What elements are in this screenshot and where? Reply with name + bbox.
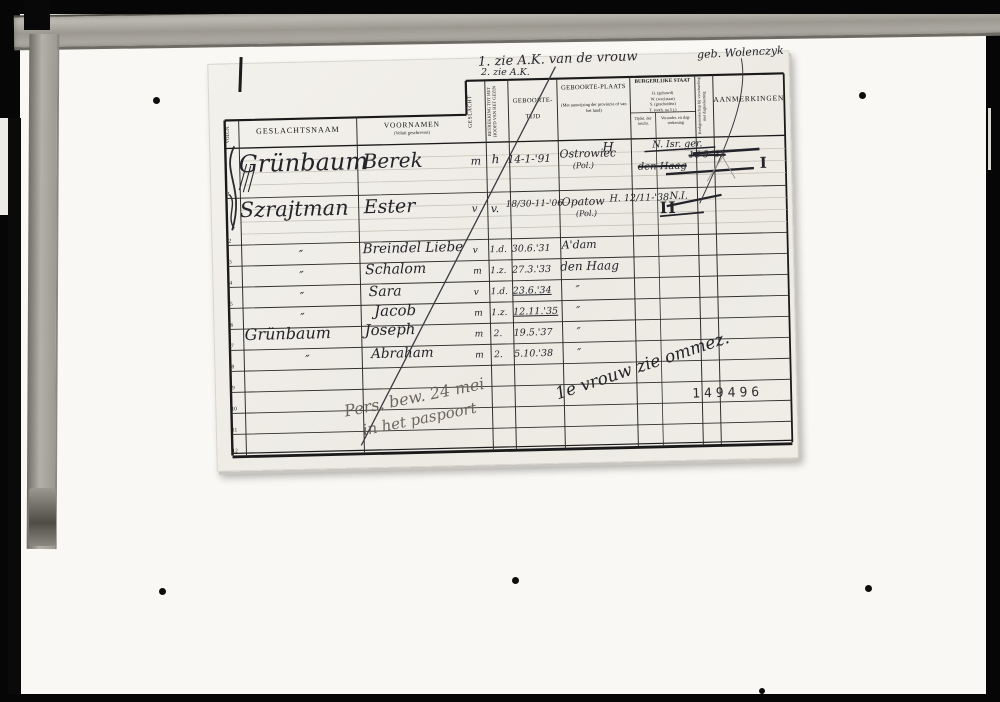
sex-row8: m (475, 351, 484, 360)
relation-row7: 2. (494, 330, 503, 339)
header-geslacht: GESLACHT (467, 82, 485, 140)
relation-row6: 1.z. (491, 309, 507, 318)
firstnames-row2: Ester (363, 197, 415, 217)
row-number-12: 12 (232, 448, 244, 454)
relation-row5: 1.d. (491, 288, 508, 297)
birthdate-row3: 30.6.'31 (512, 244, 551, 254)
top-annotation-line2: 2. zie A.K. (481, 67, 530, 78)
struck-den-haag-row1: den Haag (638, 162, 687, 173)
firstnames-row1: Berek (362, 150, 423, 171)
scanned-photo-background: 1. zie A.K. van de vrouw geb. Wolenczyk … (0, 0, 1000, 702)
surname-ditto-row6: ″ (300, 312, 305, 324)
frame-bar-smudge (29, 488, 56, 546)
film-blot-top-left (24, 0, 50, 30)
birthdate-row5: 23.6.'34 (513, 286, 552, 296)
registration-dot-right-bottom (865, 585, 872, 592)
header-volgn: VOLGN. (226, 121, 239, 147)
birthdate-row1: 14-1-'91 (508, 154, 552, 166)
birthplace-ditto-row5: ″ (576, 284, 580, 295)
sex-row2: v (472, 205, 478, 215)
civil-row1: H (602, 141, 614, 154)
sex-row6: m (474, 309, 483, 318)
registration-dot-left-bottom (159, 588, 166, 595)
row-number-8: 8 (231, 364, 243, 370)
row-number-4: 4 (229, 280, 241, 286)
row-number-9: 9 (232, 385, 244, 391)
firstnames-row5: Sara (369, 284, 402, 299)
birthplace-note-row2: (Pol.) (576, 210, 597, 218)
surname-ditto-row8: ″ (305, 354, 310, 366)
row-number-2: 2 (228, 238, 240, 244)
surname-row7: Grünbaum (244, 325, 331, 343)
header-geboortetijd: GEBOORTE-TIJD (509, 93, 557, 125)
remark-roman-row2: II (660, 200, 677, 216)
birthdate-row2: 18/30-11-'06 (506, 200, 564, 210)
row-number-7: 7 (231, 343, 243, 349)
registration-dot-right-top (859, 92, 866, 99)
header-betrekking: BETREKKING TOT HET HOOFD VAN HET GEZIN (486, 82, 508, 140)
firstnames-row4: Schalom (365, 262, 426, 277)
film-edge-left-strip (8, 118, 21, 694)
church-row1: N. Isr. ger. (652, 139, 702, 150)
film-streak-right (988, 108, 991, 170)
header-geboorteplaats: GEBOORTE-PLAATS (558, 83, 629, 93)
birthplace-row4: den Haag (560, 259, 619, 272)
row-number-10: 10 (231, 406, 243, 412)
birthplace-ditto-row8: ″ (577, 347, 581, 358)
sex-row3: v (473, 247, 478, 256)
birthdate-row7: 19.5.'37 (514, 328, 553, 338)
firstnames-row6: Jacob (374, 303, 416, 319)
stamp-number: 149496 (692, 385, 763, 402)
birthplace-ditto-row7: ″ (577, 326, 581, 337)
registration-dot-bottom-edge (759, 688, 765, 694)
registration-card: VOLGN. GESLACHTSNAAM VOORNAMEN (Voluit g… (207, 50, 798, 472)
film-edge-top (0, 0, 1000, 14)
row-number-3: 3 (229, 259, 241, 265)
remark-roman-row1: I (760, 156, 768, 171)
firstnames-row7: Joseph (364, 322, 415, 338)
birthplace-ditto-row6: ″ (576, 305, 580, 316)
frame-bar-left (27, 34, 60, 549)
surname-row1: Grünbaum (238, 149, 368, 176)
sex-row5: v (474, 289, 479, 298)
birthdate-row6: 12.11.'35 (513, 307, 558, 318)
sex-row4: m (473, 268, 482, 277)
film-margin-patch (0, 118, 8, 215)
row-number-11: 11 (232, 427, 244, 433)
firstnames-row8: Abraham (371, 347, 434, 362)
row-number-5: 5 (230, 301, 242, 307)
relation-row8: 2. (494, 351, 503, 360)
header-geboorteplaats-sub: (Met aanwijzing der provincie of van het… (560, 101, 627, 114)
header-burg-sub2: Verander. en dag-teekening (657, 114, 695, 125)
firstnames-row3: Breindel Liebe (363, 241, 464, 257)
row-number-6: 6 (230, 322, 242, 328)
relation-row1: h (491, 153, 499, 165)
header-aanmerkingen: AANMERKINGEN (713, 93, 784, 104)
relation-row2: v. (491, 203, 500, 214)
birthplace-row2: Opatow (561, 196, 604, 208)
sex-row7: m (475, 330, 484, 339)
relation-row4: 1.z. (490, 267, 506, 276)
header-burg-sub1: Tijdst. der inschr. (631, 115, 656, 126)
surname-ditto-row4: ″ (299, 270, 304, 282)
birthdate-row8: 5.10.'38 (514, 349, 553, 359)
birthdate-row4: 27.3.'33 (512, 265, 551, 275)
header-kerkgenootschap: Kerkgenootschap bij verwisseling met dag… (696, 77, 713, 135)
birthplace-note-row1: (Pol.) (573, 162, 594, 170)
registration-dot-mid-bottom (512, 577, 519, 584)
registration-dot-left-top (153, 97, 160, 104)
sex-row1: m (471, 155, 482, 166)
surname-ditto-row5: ″ (300, 291, 305, 303)
birthplace-row3: A'dam (562, 239, 597, 251)
row-number-1: 1 (227, 191, 239, 197)
surname-row2: Szrajtman (239, 198, 348, 222)
struck-date-row1: 16-5-'33 (688, 151, 725, 161)
relation-row3: 1.d. (490, 246, 507, 255)
surname-ditto-row3: ″ (299, 249, 304, 261)
